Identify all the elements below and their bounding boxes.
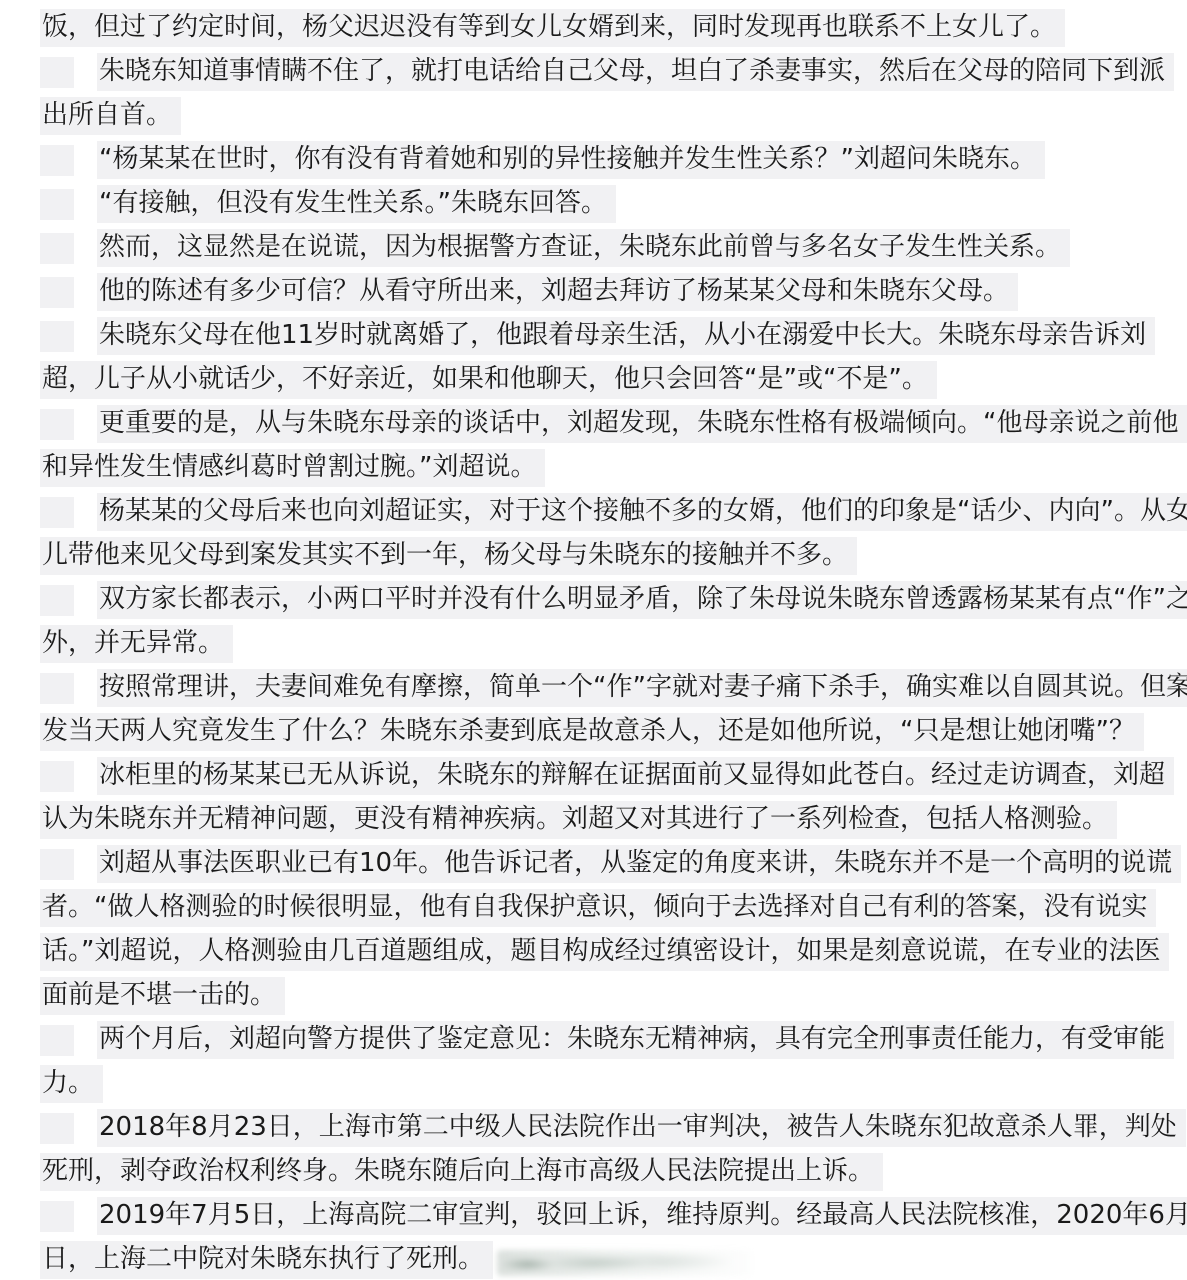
line-text: 双方家长都表示，小两口平时并没有什么明显矛盾，除了朱母说朱晓东曾透露杨某某有点“… [97,581,1187,619]
line-text: 发当天两人究竟发生了什么？朱晓东杀妻到底是故意杀人，还是如他所说，“只是想让她闭… [40,713,1144,751]
text-line: “杨某某在世时，你有没有背着她和别的异性接触并发生性关系？”刘超问朱晓东。 [40,138,1187,182]
text-line: 力。 [40,1062,1187,1106]
line-text: 冰柜里的杨某某已无从诉说，朱晓东的辩解在证据面前又显得如此苍白。经过走访调查，刘… [97,757,1174,795]
text-line: 按照常理讲，夫妻间难免有摩擦，简单一个“作”字就对妻子痛下杀手，确实难以自圆其说… [40,666,1187,710]
text-line: 话。”刘超说，人格测验由几百道题组成，题目构成经过缜密设计，如果是刻意说谎，在专… [40,930,1187,974]
line-text: 超，儿子从小就话少，不好亲近，如果和他聊天，他只会回答“是”或“不是”。 [40,361,937,399]
text-line: 儿带他来见父母到案发其实不到一年，杨父母与朱晓东的接触并不多。 [40,534,1187,578]
text-line: 和异性发生情感纠葛时曾割过腕。”刘超说。 [40,446,1187,490]
line-text: 按照常理讲，夫妻间难免有摩擦，简单一个“作”字就对妻子痛下杀手，确实难以自圆其说… [97,669,1187,707]
line-text: 日，上海二中院对朱晓东执行了死刑。 [40,1241,493,1279]
text-line: 朱晓东知道事情瞒不住了，就打电话给自己父母，坦白了杀妻事实，然后在父母的陪同下到… [40,50,1187,94]
line-text: 2019年7月5日，上海高院二审宣判，驳回上诉，维持原判。经最高人民法院核准，2… [97,1197,1187,1235]
text-line: 杨某某的父母后来也向刘超证实，对于这个接触不多的女婿，他们的印象是“话少、内向”… [40,490,1187,534]
text-line: 认为朱晓东并无精神问题，更没有精神疾病。刘超又对其进行了一系列检查，包括人格测验… [40,798,1187,842]
line-text: 者。“做人格测验的时候很明显，他有自我保护意识，倾向于去选择对自己有利的答案，没… [40,889,1156,927]
line-text: 然而，这显然是在说谎，因为根据警方查证，朱晓东此前曾与多名女子发生性关系。 [97,229,1070,267]
text-line: 双方家长都表示，小两口平时并没有什么明显矛盾，除了朱母说朱晓东曾透露杨某某有点“… [40,578,1187,622]
text-line: 2018年8月23日，上海市第二中级人民法院作出一审判决，被告人朱晓东犯故意杀人… [40,1106,1187,1150]
text-line: 死刑，剥夺政治权利终身。朱晓东随后向上海市高级人民法院提出上诉。 [40,1150,1187,1194]
text-line: 两个月后，刘超向警方提供了鉴定意见：朱晓东无精神病，具有完全刑事责任能力，有受审… [40,1018,1187,1062]
line-text: “杨某某在世时，你有没有背着她和别的异性接触并发生性关系？”刘超问朱晓东。 [97,141,1045,179]
text-line: 然而，这显然是在说谎，因为根据警方查证，朱晓东此前曾与多名女子发生性关系。 [40,226,1187,270]
text-line: 朱晓东父母在他11岁时就离婚了，他跟着母亲生活，从小在溺爱中长大。朱晓东母亲告诉… [40,314,1187,358]
line-text: 死刑，剥夺政治权利终身。朱晓东随后向上海市高级人民法院提出上诉。 [40,1153,883,1191]
text-line: 面前是不堪一击的。 [40,974,1187,1018]
line-text: 儿带他来见父母到案发其实不到一年，杨父母与朱晓东的接触并不多。 [40,537,857,575]
line-text: 外，并无异常。 [40,625,233,663]
line-text: 更重要的是，从与朱晓东母亲的谈话中，刘超发现，朱晓东性格有极端倾向。“他母亲说之… [97,405,1187,443]
text-line: 饭，但过了约定时间，杨父迟迟没有等到女儿女婿到来，同时发现再也联系不上女儿了。 [40,6,1187,50]
line-text: 两个月后，刘超向警方提供了鉴定意见：朱晓东无精神病，具有完全刑事责任能力，有受审… [97,1021,1174,1059]
text-line: 更重要的是，从与朱晓东母亲的谈话中，刘超发现，朱晓东性格有极端倾向。“他母亲说之… [40,402,1187,446]
line-text: “有接触，但没有发生性关系。”朱晓东回答。 [97,185,616,223]
text-line: 外，并无异常。 [40,622,1187,666]
line-text: 杨某某的父母后来也向刘超证实，对于这个接触不多的女婿，他们的印象是“话少、内向”… [97,493,1187,531]
line-text: 饭，但过了约定时间，杨父迟迟没有等到女儿女婿到来，同时发现再也联系不上女儿了。 [40,9,1065,47]
text-line: 发当天两人究竟发生了什么？朱晓东杀妻到底是故意杀人，还是如他所说，“只是想让她闭… [40,710,1187,754]
text-line: 冰柜里的杨某某已无从诉说，朱晓东的辩解在证据面前又显得如此苍白。经过走访调查，刘… [40,754,1187,798]
line-text: 认为朱晓东并无精神问题，更没有精神疾病。刘超又对其进行了一系列检查，包括人格测验… [40,801,1117,839]
text-line: 者。“做人格测验的时候很明显，他有自我保护意识，倾向于去选择对自己有利的答案，没… [40,886,1187,930]
line-text: 朱晓东父母在他11岁时就离婚了，他跟着母亲生活，从小在溺爱中长大。朱晓东母亲告诉… [97,317,1155,355]
text-line: 出所自首。 [40,94,1187,138]
text-line: 刘超从事法医职业已有10年。他告诉记者，从鉴定的角度来讲，朱晓东并不是一个高明的… [40,842,1187,886]
line-text: 面前是不堪一击的。 [40,977,285,1015]
line-text: 朱晓东知道事情瞒不住了，就打电话给自己父母，坦白了杀妻事实，然后在父母的陪同下到… [97,53,1174,91]
blurred-watermark [497,1250,752,1276]
text-line: 2019年7月5日，上海高院二审宣判，驳回上诉，维持原判。经最高人民法院核准，2… [40,1194,1187,1238]
text-line: 他的陈述有多少可信？从看守所出来，刘超去拜访了杨某某父母和朱晓东父母。 [40,270,1187,314]
line-text: 刘超从事法医职业已有10年。他告诉记者，从鉴定的角度来讲，朱晓东并不是一个高明的… [97,845,1181,883]
line-text: 2018年8月23日，上海市第二中级人民法院作出一审判决，被告人朱晓东犯故意杀人… [97,1109,1186,1147]
line-text: 和异性发生情感纠葛时曾割过腕。”刘超说。 [40,449,545,487]
line-text: 出所自首。 [40,97,181,135]
line-text: 他的陈述有多少可信？从看守所出来，刘超去拜访了杨某某父母和朱晓东父母。 [97,273,1018,311]
line-text: 话。”刘超说，人格测验由几百道题组成，题目构成经过缜密设计，如果是刻意说谎，在专… [40,933,1169,971]
text-line: 日，上海二中院对朱晓东执行了死刑。 [40,1238,1187,1280]
text-line: “有接触，但没有发生性关系。”朱晓东回答。 [40,182,1187,226]
article-text: 饭，但过了约定时间，杨父迟迟没有等到女儿女婿到来，同时发现再也联系不上女儿了。朱… [0,0,1187,1280]
text-line: 超，儿子从小就话少，不好亲近，如果和他聊天，他只会回答“是”或“不是”。 [40,358,1187,402]
line-text: 力。 [40,1065,103,1103]
